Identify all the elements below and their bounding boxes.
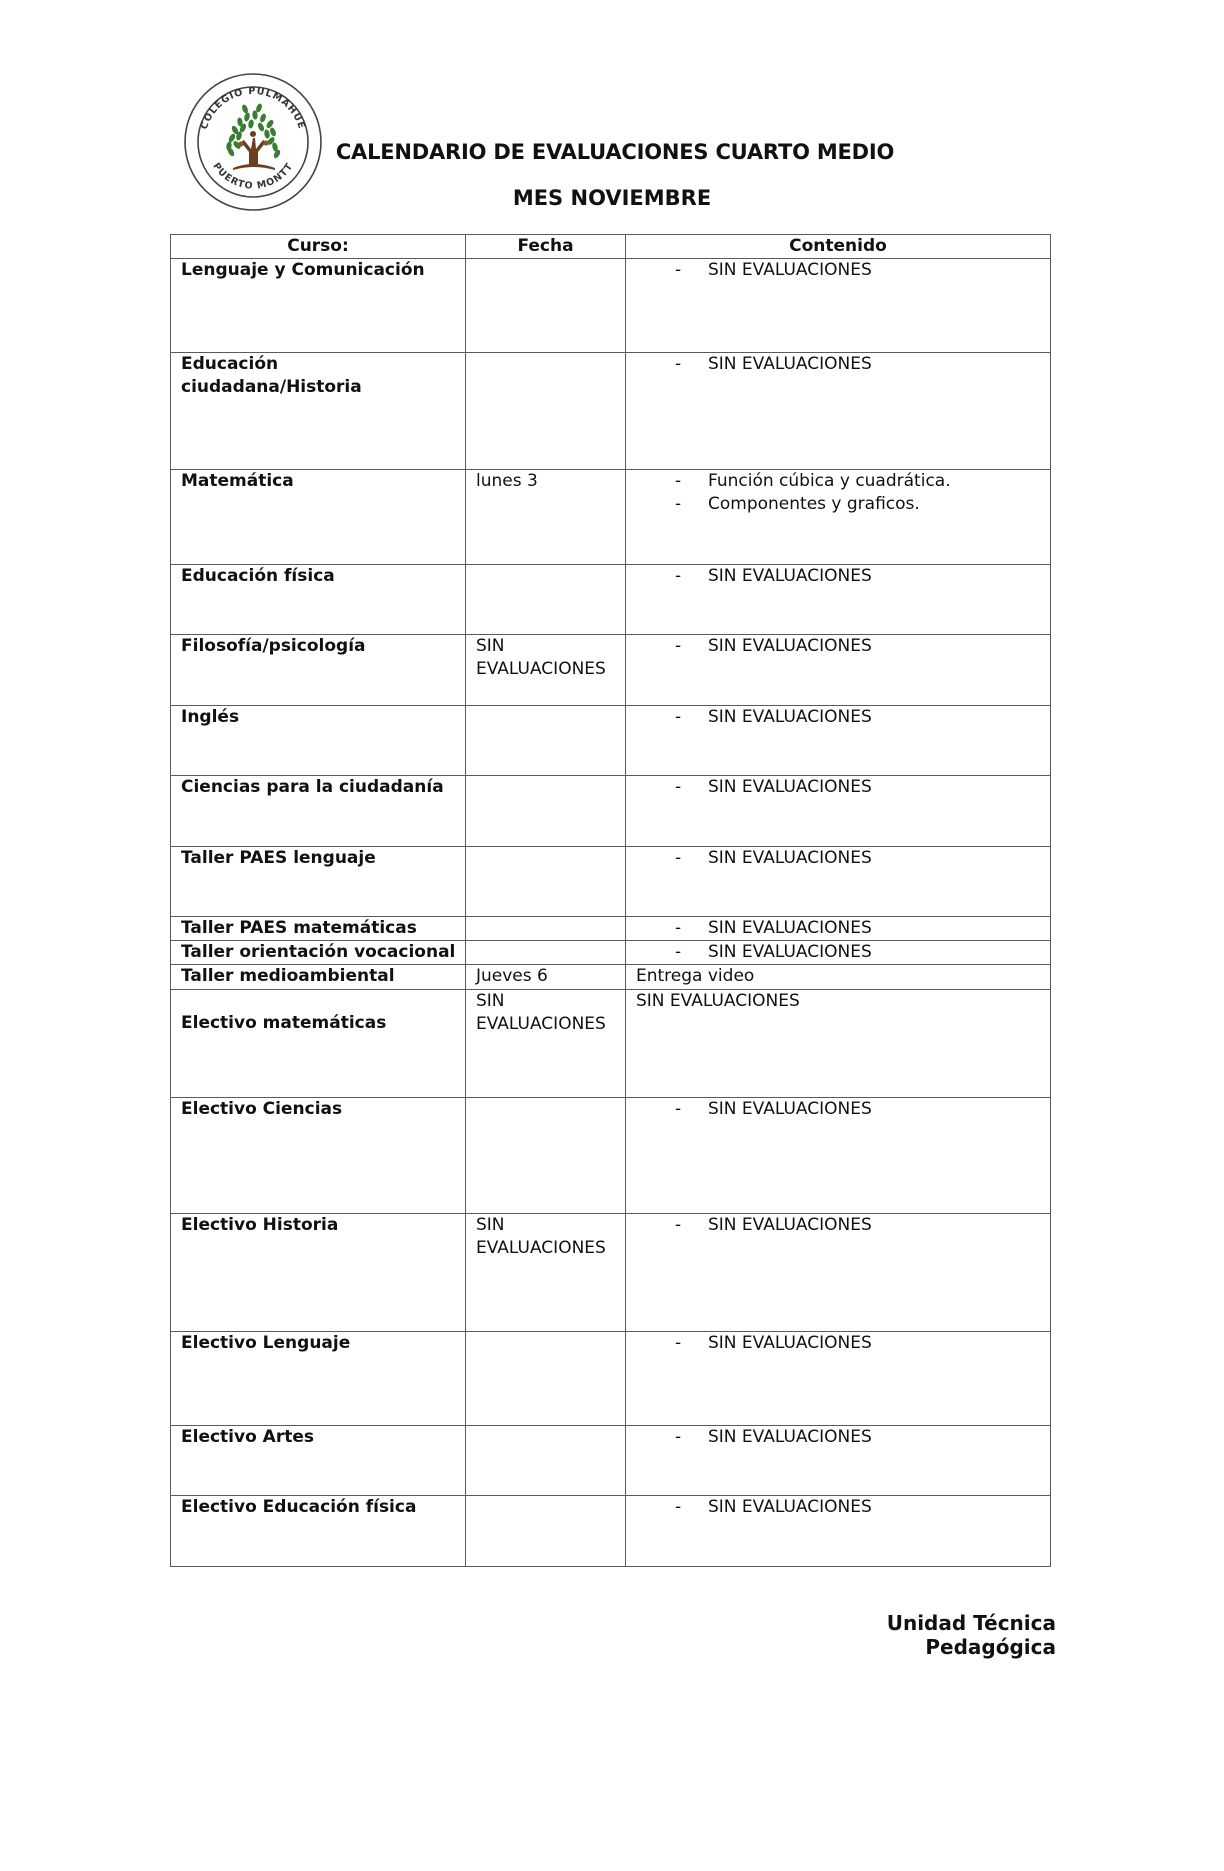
content-item: SIN EVALUACIONES — [675, 1496, 1050, 1519]
table-row: Educación físicaSIN EVALUACIONES — [171, 565, 1051, 635]
course-cell: Electivo Educación física — [171, 1496, 466, 1567]
content-item: SIN EVALUACIONES — [675, 635, 1050, 658]
content-list: SIN EVALUACIONES — [636, 917, 1050, 940]
content-item: SIN EVALUACIONES — [636, 990, 1050, 1013]
course-cell: Taller PAES matemáticas — [171, 917, 466, 941]
content-list: SIN EVALUACIONES — [636, 1214, 1050, 1237]
content-item: SIN EVALUACIONES — [675, 1214, 1050, 1237]
content-list: SIN EVALUACIONES — [636, 776, 1050, 799]
course-name: Electivo Educación física — [181, 1497, 416, 1517]
date-cell — [466, 353, 626, 470]
content-cell: SIN EVALUACIONES — [626, 1098, 1051, 1214]
table-row: Taller orientación vocacionalSIN EVALUAC… — [171, 941, 1051, 965]
content-item: SIN EVALUACIONES — [675, 565, 1050, 588]
course-name: Lenguaje y Comunicación — [181, 260, 425, 280]
content-cell: SIN EVALUACIONES — [626, 847, 1051, 917]
content-item: SIN EVALUACIONES — [675, 259, 1050, 282]
content-cell: SIN EVALUACIONES — [626, 353, 1051, 470]
date-cell — [466, 565, 626, 635]
date-cell — [466, 1426, 626, 1496]
footer-signature: Unidad Técnica Pedagógica — [760, 1611, 1056, 1659]
course-name: Taller PAES matemáticas — [181, 918, 417, 938]
content-list: SIN EVALUACIONES — [636, 941, 1050, 964]
column-header-date: Fecha — [466, 235, 626, 259]
table-row: Matemáticalunes 3Función cúbica y cuadrá… — [171, 470, 1051, 565]
date-cell — [466, 1496, 626, 1567]
course-name: Matemática — [181, 471, 294, 491]
date-cell — [466, 776, 626, 847]
course-cell: Ciencias para la ciudadanía — [171, 776, 466, 847]
content-cell: SIN EVALUACIONES — [626, 706, 1051, 776]
course-cell: Electivo Ciencias — [171, 1098, 466, 1214]
course-name: Ciencias para la ciudadanía — [181, 777, 444, 797]
date-cell: SIN EVALUACIONES — [466, 990, 626, 1098]
course-name: Filosofía/psicología — [181, 636, 366, 656]
table-row: InglésSIN EVALUACIONES — [171, 706, 1051, 776]
course-cell: Taller orientación vocacional — [171, 941, 466, 965]
course-name: Inglés — [181, 707, 239, 727]
column-header-course: Curso: — [171, 235, 466, 259]
course-name: Taller PAES lenguaje — [181, 848, 376, 868]
content-list: Función cúbica y cuadrática.Componentes … — [636, 470, 1050, 516]
content-item: SIN EVALUACIONES — [675, 941, 1050, 964]
content-item: Componentes y graficos. — [675, 493, 1050, 516]
content-list: SIN EVALUACIONES — [636, 1426, 1050, 1449]
course-cell: Matemática — [171, 470, 466, 565]
content-item: SIN EVALUACIONES — [675, 1426, 1050, 1449]
course-cell: Inglés — [171, 706, 466, 776]
date-cell — [466, 706, 626, 776]
content-cell: SIN EVALUACIONES — [626, 941, 1051, 965]
course-name: Electivo Lenguaje — [181, 1333, 350, 1353]
course-cell: Electivo Artes — [171, 1426, 466, 1496]
content-item: SIN EVALUACIONES — [675, 353, 1050, 376]
content-list: SIN EVALUACIONES — [636, 259, 1050, 282]
content-cell: SIN EVALUACIONES — [626, 1496, 1051, 1567]
course-name: Electivo Ciencias — [181, 1099, 342, 1119]
content-cell: SIN EVALUACIONES — [626, 635, 1051, 706]
date-cell: Jueves 6 — [466, 965, 626, 990]
table-row: Electivo matemáticasSIN EVALUACIONESSIN … — [171, 990, 1051, 1098]
table-row: Ciencias para la ciudadaníaSIN EVALUACIO… — [171, 776, 1051, 847]
evaluation-calendar-table: Curso: Fecha Contenido Lenguaje y Comuni… — [170, 234, 1051, 1567]
content-cell: SIN EVALUACIONES — [626, 776, 1051, 847]
content-list: SIN EVALUACIONES — [636, 635, 1050, 658]
content-item: SIN EVALUACIONES — [675, 776, 1050, 799]
date-cell — [466, 917, 626, 941]
content-list: SIN EVALUACIONES — [636, 565, 1050, 588]
table-row: Electivo LenguajeSIN EVALUACIONES — [171, 1332, 1051, 1426]
content-item: SIN EVALUACIONES — [675, 917, 1050, 940]
table-row: Educación ciudadana/HistoriaSIN EVALUACI… — [171, 353, 1051, 470]
date-cell: SIN EVALUACIONES — [466, 635, 626, 706]
page-title: CALENDARIO DE EVALUACIONES CUARTO MEDIO — [300, 140, 930, 164]
table-row: Filosofía/psicologíaSIN EVALUACIONESSIN … — [171, 635, 1051, 706]
course-cell: Electivo Historia — [171, 1214, 466, 1332]
table-row: Taller medioambientalJueves 6Entrega vid… — [171, 965, 1051, 990]
table-row: Taller PAES lenguajeSIN EVALUACIONES — [171, 847, 1051, 917]
course-cell: Educación ciudadana/Historia — [171, 353, 466, 470]
course-name: Electivo Historia — [181, 1215, 338, 1235]
course-name: Taller medioambiental — [181, 966, 395, 986]
course-cell: Electivo Lenguaje — [171, 1332, 466, 1426]
content-cell: SIN EVALUACIONES — [626, 1426, 1051, 1496]
course-cell: Taller medioambiental — [171, 965, 466, 990]
course-cell: Filosofía/psicología — [171, 635, 466, 706]
content-list: SIN EVALUACIONES — [636, 1496, 1050, 1519]
content-list: SIN EVALUACIONES — [636, 847, 1050, 870]
table-header-row: Curso: Fecha Contenido — [171, 235, 1051, 259]
content-list: SIN EVALUACIONES — [636, 1332, 1050, 1355]
page-subtitle: MES NOVIEMBRE — [412, 186, 812, 210]
course-cell: Taller PAES lenguaje — [171, 847, 466, 917]
course-name: Electivo matemáticas — [181, 1012, 465, 1035]
course-cell: Educación física — [171, 565, 466, 635]
content-list: SIN EVALUACIONES — [636, 706, 1050, 729]
date-cell — [466, 847, 626, 917]
course-name: Taller orientación vocacional — [181, 942, 455, 962]
content-cell: SIN EVALUACIONES — [626, 565, 1051, 635]
content-cell: SIN EVALUACIONES — [626, 259, 1051, 353]
date-cell: SIN EVALUACIONES — [466, 1214, 626, 1332]
table-row: Taller PAES matemáticasSIN EVALUACIONES — [171, 917, 1051, 941]
content-item: SIN EVALUACIONES — [675, 847, 1050, 870]
column-header-content: Contenido — [626, 235, 1051, 259]
course-name: Electivo Artes — [181, 1427, 314, 1447]
content-cell: SIN EVALUACIONES — [626, 1214, 1051, 1332]
content-cell: SIN EVALUACIONES — [626, 990, 1051, 1098]
table-row: Electivo Educación físicaSIN EVALUACIONE… — [171, 1496, 1051, 1567]
content-item: Función cúbica y cuadrática. — [675, 470, 1050, 493]
content-item: SIN EVALUACIONES — [675, 1098, 1050, 1121]
content-list: SIN EVALUACIONES — [636, 353, 1050, 376]
table-row: Electivo ArtesSIN EVALUACIONES — [171, 1426, 1051, 1496]
content-item: SIN EVALUACIONES — [675, 706, 1050, 729]
date-cell — [466, 259, 626, 353]
date-cell: lunes 3 — [466, 470, 626, 565]
content-item: SIN EVALUACIONES — [675, 1332, 1050, 1355]
table-row: Lenguaje y ComunicaciónSIN EVALUACIONES — [171, 259, 1051, 353]
table-row: Electivo CienciasSIN EVALUACIONES — [171, 1098, 1051, 1214]
table-row: Electivo HistoriaSIN EVALUACIONESSIN EVA… — [171, 1214, 1051, 1332]
course-cell: Lenguaje y Comunicación — [171, 259, 466, 353]
course-name: Educación ciudadana/Historia — [181, 353, 341, 399]
content-item: Entrega video — [636, 965, 1050, 988]
course-name: Educación física — [181, 566, 335, 586]
date-cell — [466, 941, 626, 965]
course-cell: Electivo matemáticas — [171, 990, 466, 1098]
content-cell: SIN EVALUACIONES — [626, 917, 1051, 941]
content-cell: Función cúbica y cuadrática.Componentes … — [626, 470, 1051, 565]
date-cell — [466, 1332, 626, 1426]
content-cell: Entrega video — [626, 965, 1051, 990]
content-cell: SIN EVALUACIONES — [626, 1332, 1051, 1426]
date-cell — [466, 1098, 626, 1214]
content-list: SIN EVALUACIONES — [636, 1098, 1050, 1121]
